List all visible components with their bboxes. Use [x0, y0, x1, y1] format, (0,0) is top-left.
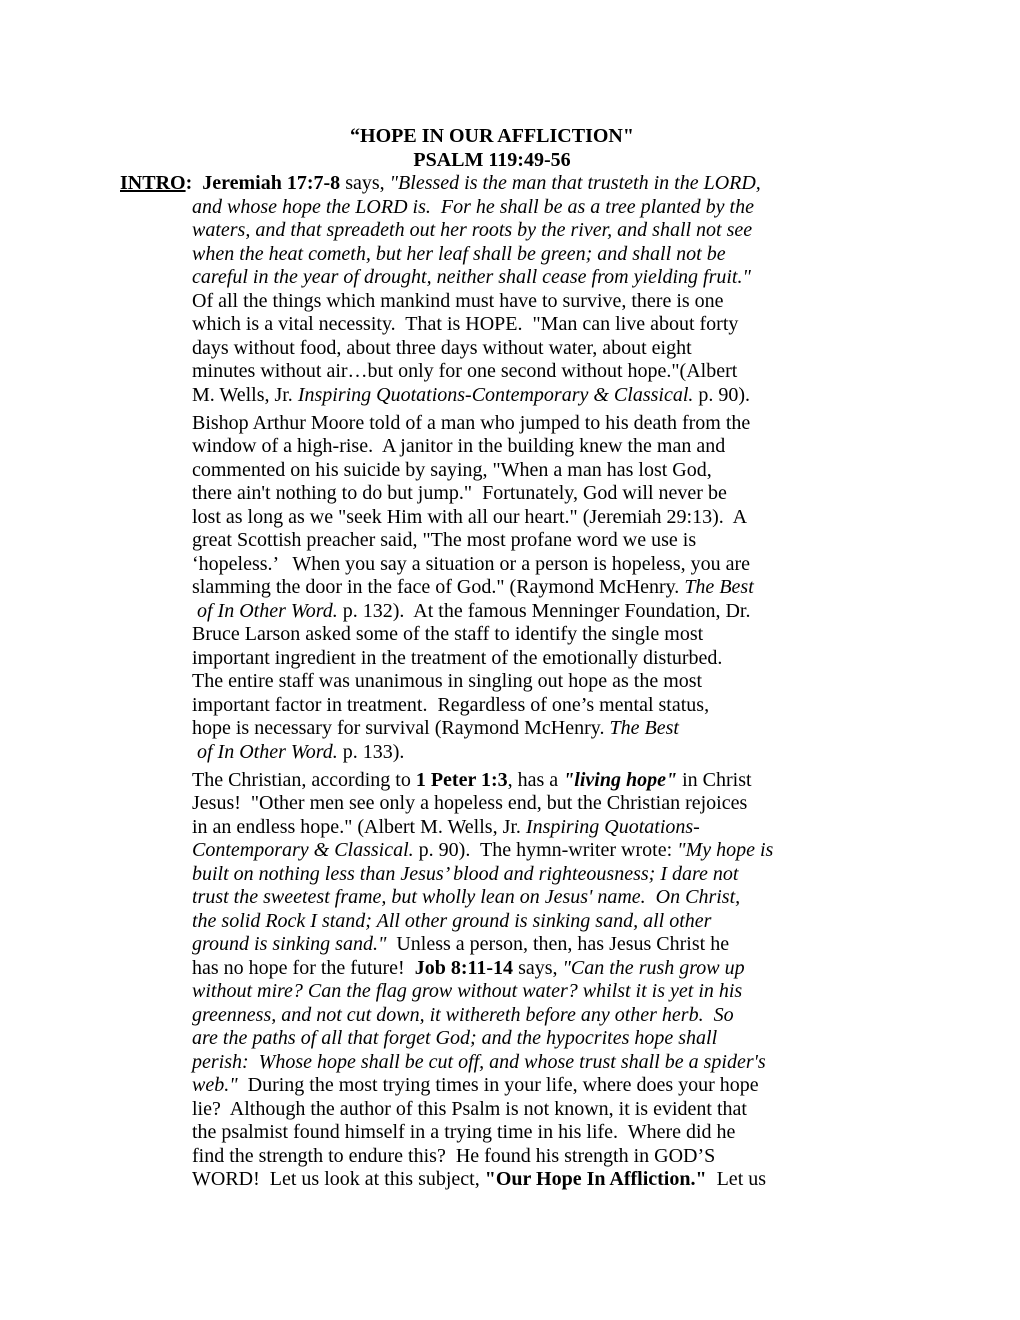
scripture-reference: PSALM 119:49-56: [120, 149, 864, 173]
text-line: important ingredient in the treatment of…: [192, 647, 864, 671]
text-run: Inspiring Quotations-: [526, 816, 700, 838]
text-line: perish: Whose hope shall be cut off, and…: [192, 1051, 864, 1075]
text-run: has no hope for the future!: [192, 957, 415, 979]
text-line: INTRO: Jeremiah 17:7-8 says, "Blessed is…: [120, 172, 864, 196]
text-run: without mire? Can the flag grow without …: [192, 980, 742, 1002]
text-run: During the most trying times in your lif…: [238, 1074, 759, 1096]
text-run: Contemporary & Classical.: [192, 839, 414, 861]
text-run: Bruce Larson asked some of the staff to …: [192, 623, 703, 645]
text-run: of In Other Word.: [192, 741, 338, 763]
text-run: great Scottish preacher said, "The most …: [192, 529, 696, 551]
text-run: when the heat cometh, but her leaf shall…: [192, 243, 726, 265]
text-line: Jesus! "Other men see only a hopeless en…: [192, 792, 864, 816]
text-run: "Our Hope In Affliction.": [485, 1168, 707, 1190]
text-run: built on nothing less than Jesus’ blood …: [192, 863, 738, 885]
text-line: the psalmist found himself in a trying t…: [192, 1121, 864, 1145]
text-run: Of all the things which mankind must hav…: [192, 290, 724, 312]
text-line: ground is sinking sand." Unless a person…: [192, 933, 864, 957]
text-run: says,: [513, 957, 562, 979]
text-run: and whose hope the LORD is. For he shall…: [192, 196, 754, 218]
text-line: greenness, and not cut down, it witheret…: [192, 1004, 864, 1028]
text-run: Job 8:11-14: [415, 957, 513, 979]
document-paragraphs: INTRO: Jeremiah 17:7-8 says, "Blessed is…: [120, 172, 864, 1192]
text-line: Contemporary & Classical. p. 90). The hy…: [192, 839, 864, 863]
text-line: Of all the things which mankind must hav…: [192, 290, 864, 314]
text-line: find the strength to endure this? He fou…: [192, 1145, 864, 1169]
text-line: and whose hope the LORD is. For he shall…: [192, 196, 864, 220]
text-run: in an endless hope." (Albert M. Wells, J…: [192, 816, 526, 838]
text-line: Bruce Larson asked some of the staff to …: [192, 623, 864, 647]
text-line: of In Other Word. p. 132). At the famous…: [192, 600, 864, 624]
text-run: lost as long as we "seek Him with all ou…: [192, 506, 747, 528]
text-line: waters, and that spreadeth out her roots…: [192, 219, 864, 243]
text-run: ‘hopeless.’ When you say a situation or …: [192, 553, 750, 575]
text-run: trust the sweetest frame, but wholly lea…: [192, 886, 740, 908]
text-run: INTRO: [120, 172, 186, 194]
text-run: hope is necessary for survival (Raymond …: [192, 717, 609, 739]
text-line: great Scottish preacher said, "The most …: [192, 529, 864, 553]
text-line: web." During the most trying times in yo…: [192, 1074, 864, 1098]
text-run: commented on his suicide by saying, "Whe…: [192, 459, 712, 481]
text-run: The entire staff was unanimous in singli…: [192, 670, 702, 692]
text-run: "Can the rush grow up: [563, 957, 745, 979]
text-line: careful in the year of drought, neither …: [192, 266, 864, 290]
text-line: window of a high-rise. A janitor in the …: [192, 435, 864, 459]
text-line: the solid Rock I stand; All other ground…: [192, 910, 864, 934]
text-run: Let us: [707, 1168, 766, 1190]
text-run: web.": [192, 1074, 238, 1096]
text-run: The Best: [609, 717, 678, 739]
text-run: careful in the year of drought, neither …: [192, 266, 751, 288]
text-run: says,: [340, 172, 389, 194]
text-run: important ingredient in the treatment of…: [192, 647, 722, 669]
text-line: lost as long as we "seek Him with all ou…: [192, 506, 864, 530]
text-run: important factor in treatment. Regardles…: [192, 694, 709, 716]
text-run: waters, and that spreadeth out her roots…: [192, 219, 752, 241]
text-run: 1 Peter 1:3: [416, 769, 508, 791]
text-line: commented on his suicide by saying, "Whe…: [192, 459, 864, 483]
text-run: find the strength to endure this? He fou…: [192, 1145, 715, 1167]
paragraph: Bishop Arthur Moore told of a man who ju…: [120, 412, 864, 765]
text-line: has no hope for the future! Job 8:11-14 …: [192, 957, 864, 981]
text-line: ‘hopeless.’ When you say a situation or …: [192, 553, 864, 577]
text-run: the psalmist found himself in a trying t…: [192, 1121, 735, 1143]
text-run: window of a high-rise. A janitor in the …: [192, 435, 725, 457]
text-line: lie? Although the author of this Psalm i…: [192, 1098, 864, 1122]
text-run: Jeremiah 17:7-8: [202, 172, 340, 194]
text-run: Unless a person, then, has Jesus Christ …: [386, 933, 729, 955]
text-line: trust the sweetest frame, but wholly lea…: [192, 886, 864, 910]
text-run: slamming the door in the face of God." (…: [192, 576, 684, 598]
text-line: are the paths of all that forget God; an…: [192, 1027, 864, 1051]
text-line: of In Other Word. p. 133).: [192, 741, 864, 765]
text-run: , has a: [508, 769, 564, 791]
text-run: the solid Rock I stand; All other ground…: [192, 910, 711, 932]
text-line: there ain't nothing to do but jump." For…: [192, 482, 864, 506]
text-line: The entire staff was unanimous in singli…: [192, 670, 864, 694]
text-run: p. 132). At the famous Menninger Foundat…: [338, 600, 751, 622]
text-line: in an endless hope." (Albert M. Wells, J…: [192, 816, 864, 840]
text-run: "living hope": [563, 769, 677, 791]
paragraph: INTRO: Jeremiah 17:7-8 says, "Blessed is…: [120, 172, 864, 407]
text-run: p. 90). The hymn-writer wrote:: [414, 839, 677, 861]
text-run: [192, 172, 202, 194]
text-line: which is a vital necessity. That is HOPE…: [192, 313, 864, 337]
text-run: greenness, and not cut down, it witheret…: [192, 1004, 734, 1026]
text-run: ground is sinking sand.": [192, 933, 386, 955]
text-run: which is a vital necessity. That is HOPE…: [192, 313, 738, 335]
document-page: “HOPE IN OUR AFFLICTION" PSALM 119:49-56…: [0, 0, 1020, 1320]
text-run: Inspiring Quotations-Contemporary & Clas…: [298, 384, 694, 406]
text-run: M. Wells, Jr.: [192, 384, 298, 406]
text-line: M. Wells, Jr. Inspiring Quotations-Conte…: [192, 384, 864, 408]
text-run: lie? Although the author of this Psalm i…: [192, 1098, 747, 1120]
text-line: minutes without air…but only for one sec…: [192, 360, 864, 384]
text-run: minutes without air…but only for one sec…: [192, 360, 737, 382]
paragraph: The Christian, according to 1 Peter 1:3,…: [120, 769, 864, 1192]
text-run: are the paths of all that forget God; an…: [192, 1027, 717, 1049]
text-run: WORD! Let us look at this subject,: [192, 1168, 485, 1190]
text-run: Jesus! "Other men see only a hopeless en…: [192, 792, 747, 814]
text-line: built on nothing less than Jesus’ blood …: [192, 863, 864, 887]
text-line: without mire? Can the flag grow without …: [192, 980, 864, 1004]
text-run: days without food, about three days with…: [192, 337, 692, 359]
text-line: when the heat cometh, but her leaf shall…: [192, 243, 864, 267]
text-run: there ain't nothing to do but jump." For…: [192, 482, 727, 504]
document-content: “HOPE IN OUR AFFLICTION" PSALM 119:49-56…: [120, 125, 864, 1192]
text-run: in Christ: [677, 769, 751, 791]
text-run: p. 133).: [338, 741, 405, 763]
text-line: important factor in treatment. Regardles…: [192, 694, 864, 718]
text-run: The Best: [684, 576, 753, 598]
text-run: perish: Whose hope shall be cut off, and…: [192, 1051, 766, 1073]
text-line: hope is necessary for survival (Raymond …: [192, 717, 864, 741]
text-run: "Blessed is the man that trusteth in the…: [390, 172, 761, 194]
text-line: WORD! Let us look at this subject, "Our …: [192, 1168, 864, 1192]
text-line: slamming the door in the face of God." (…: [192, 576, 864, 600]
text-line: Bishop Arthur Moore told of a man who ju…: [192, 412, 864, 436]
document-title: “HOPE IN OUR AFFLICTION": [120, 125, 864, 149]
text-run: "My hope is: [677, 839, 773, 861]
text-line: days without food, about three days with…: [192, 337, 864, 361]
text-line: The Christian, according to 1 Peter 1:3,…: [192, 769, 864, 793]
text-run: of In Other Word.: [192, 600, 338, 622]
text-run: Bishop Arthur Moore told of a man who ju…: [192, 412, 750, 434]
text-run: p. 90).: [693, 384, 750, 406]
text-run: The Christian, according to: [192, 769, 416, 791]
